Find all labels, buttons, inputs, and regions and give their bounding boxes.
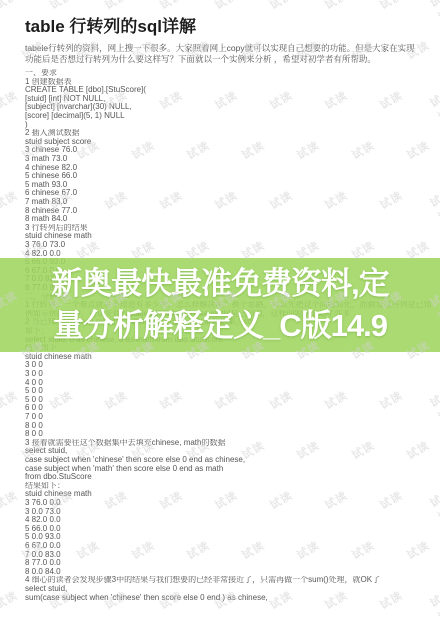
document-line: [subject] [nvarchar](30) NULL, [25,103,432,112]
watermark-stamp: 试读 [0,0,20,13]
document-line: 5 math 93.0 [25,181,432,190]
document-line: 8 0 0 [25,430,432,439]
document-line: 4 82.0 0.0 [25,516,432,525]
document-line: 8 chinese 77.0 [25,207,432,216]
watermark-stamp: 试读 [157,0,186,13]
document-line: 一、要求 [25,69,432,78]
document-line: 7 0.0 83.0 [25,551,432,560]
document-line: 3 0 0 [25,361,432,370]
document-line: 8 math 84.0 [25,215,432,224]
document-line: case subject when 'math' then score else… [25,465,432,474]
watermark-stamp: 试读 [322,0,351,13]
document-line: [stuid] [int] NOT NULL, [25,95,432,104]
watermark-stamp: 试读 [102,0,131,13]
watermark-stamp: 试读 [267,0,296,13]
document-line: stuid chinese math [25,353,432,362]
promo-overlay-text-line2: 量分析解释定义_C版14.9 [53,305,387,347]
document-line: CREATE TABLE [dbo].[StuScore]( [25,86,432,95]
document-line: 6 chinese 67.0 [25,189,432,198]
watermark-stamp: 试读 [0,487,20,513]
document-line: 3 接着就需要往这个数据集中去填充chinese, math的数据 [25,439,432,448]
promo-overlay-band: 新奥最快最准免费资料,定 量分析解释定义_C版14.9 [0,258,440,352]
document-line: from dbo.StuScore [25,473,432,482]
document-line: 3 行转列后的结果 [25,224,432,233]
intro-paragraph: tabele行转列的资料，网上搜一下很多。大家照着网上copy就可以实现自己想要… [25,43,419,65]
watermark-stamp: 试读 [377,0,406,13]
document-line: 5 0 0 [25,396,432,405]
watermark-stamp: 试读 [0,587,20,613]
document-line: 6 67.0 0.0 [25,542,432,551]
watermark-stamp: 试读 [0,387,20,413]
document-line: select stuid, [25,585,432,594]
watermark-stamp: 试读 [47,0,76,13]
document-line: stuid chinese math [25,232,432,241]
document-line: 结果如下： [25,482,432,491]
document-line: 7 math 83.0 [25,198,432,207]
document-line: sum(case subject when 'chinese' then sco… [25,594,432,603]
document-line: stuid chinese math [25,490,432,499]
document-line: 4 0 0 [25,379,432,388]
document-page: table 行转列的sql详解 tabele行转列的资料，网上搜一下很多。大家照… [0,0,440,620]
document-line: 8 0.0 84.0 [25,568,432,577]
document-line: case subject when 'chinese' then score e… [25,456,432,465]
document-line: 5 0.0 93.0 [25,533,432,542]
document-line: 3 0 0 [25,370,432,379]
document-line: 4 82.0 0.0 [25,250,432,259]
watermark-stamp: 试读 [427,0,440,25]
page-title: table 行转列的sql详解 [25,12,425,37]
document-line: 5 chinese 66.0 [25,172,432,181]
document-line: 4 细心的读者会发现步骤3中的结果与我们想要的已经非常接近了，只需再做一个sum… [25,576,432,585]
document-line: 1 创建数据表 [25,78,432,87]
document-line: 3 chinese 76.0 [25,146,432,155]
watermark-stamp: 试读 [0,187,20,213]
document-line: 7 0 0 [25,413,432,422]
document-line: 3 math 73.0 [25,155,432,164]
promo-overlay-text-line1: 新奥最快最准免费资料,定 [51,263,389,305]
document-line: ) [25,121,432,130]
document-line: 5 0 0 [25,387,432,396]
document-line: 2 插入测试数据 [25,129,432,138]
watermark-stamp: 试读 [0,87,20,113]
document-line: 4 chinese 82.0 [25,164,432,173]
watermark-stamp: 试读 [212,0,241,13]
document-line: 3 76.0 0.0 [25,499,432,508]
document-line: 3 0.0 73.0 [25,508,432,517]
document-line: 6 0 0 [25,404,432,413]
document-line: 3 76.0 73.0 [25,241,432,250]
document-line: stuid subject score [25,138,432,147]
document-line: 5 66.0 0.0 [25,525,432,534]
document-line: select stuid, [25,447,432,456]
document-line: [score] [decimal](5, 1) NULL [25,112,432,121]
document-line: 8 0 0 [25,422,432,431]
document-line: 8 77.0 0.0 [25,559,432,568]
